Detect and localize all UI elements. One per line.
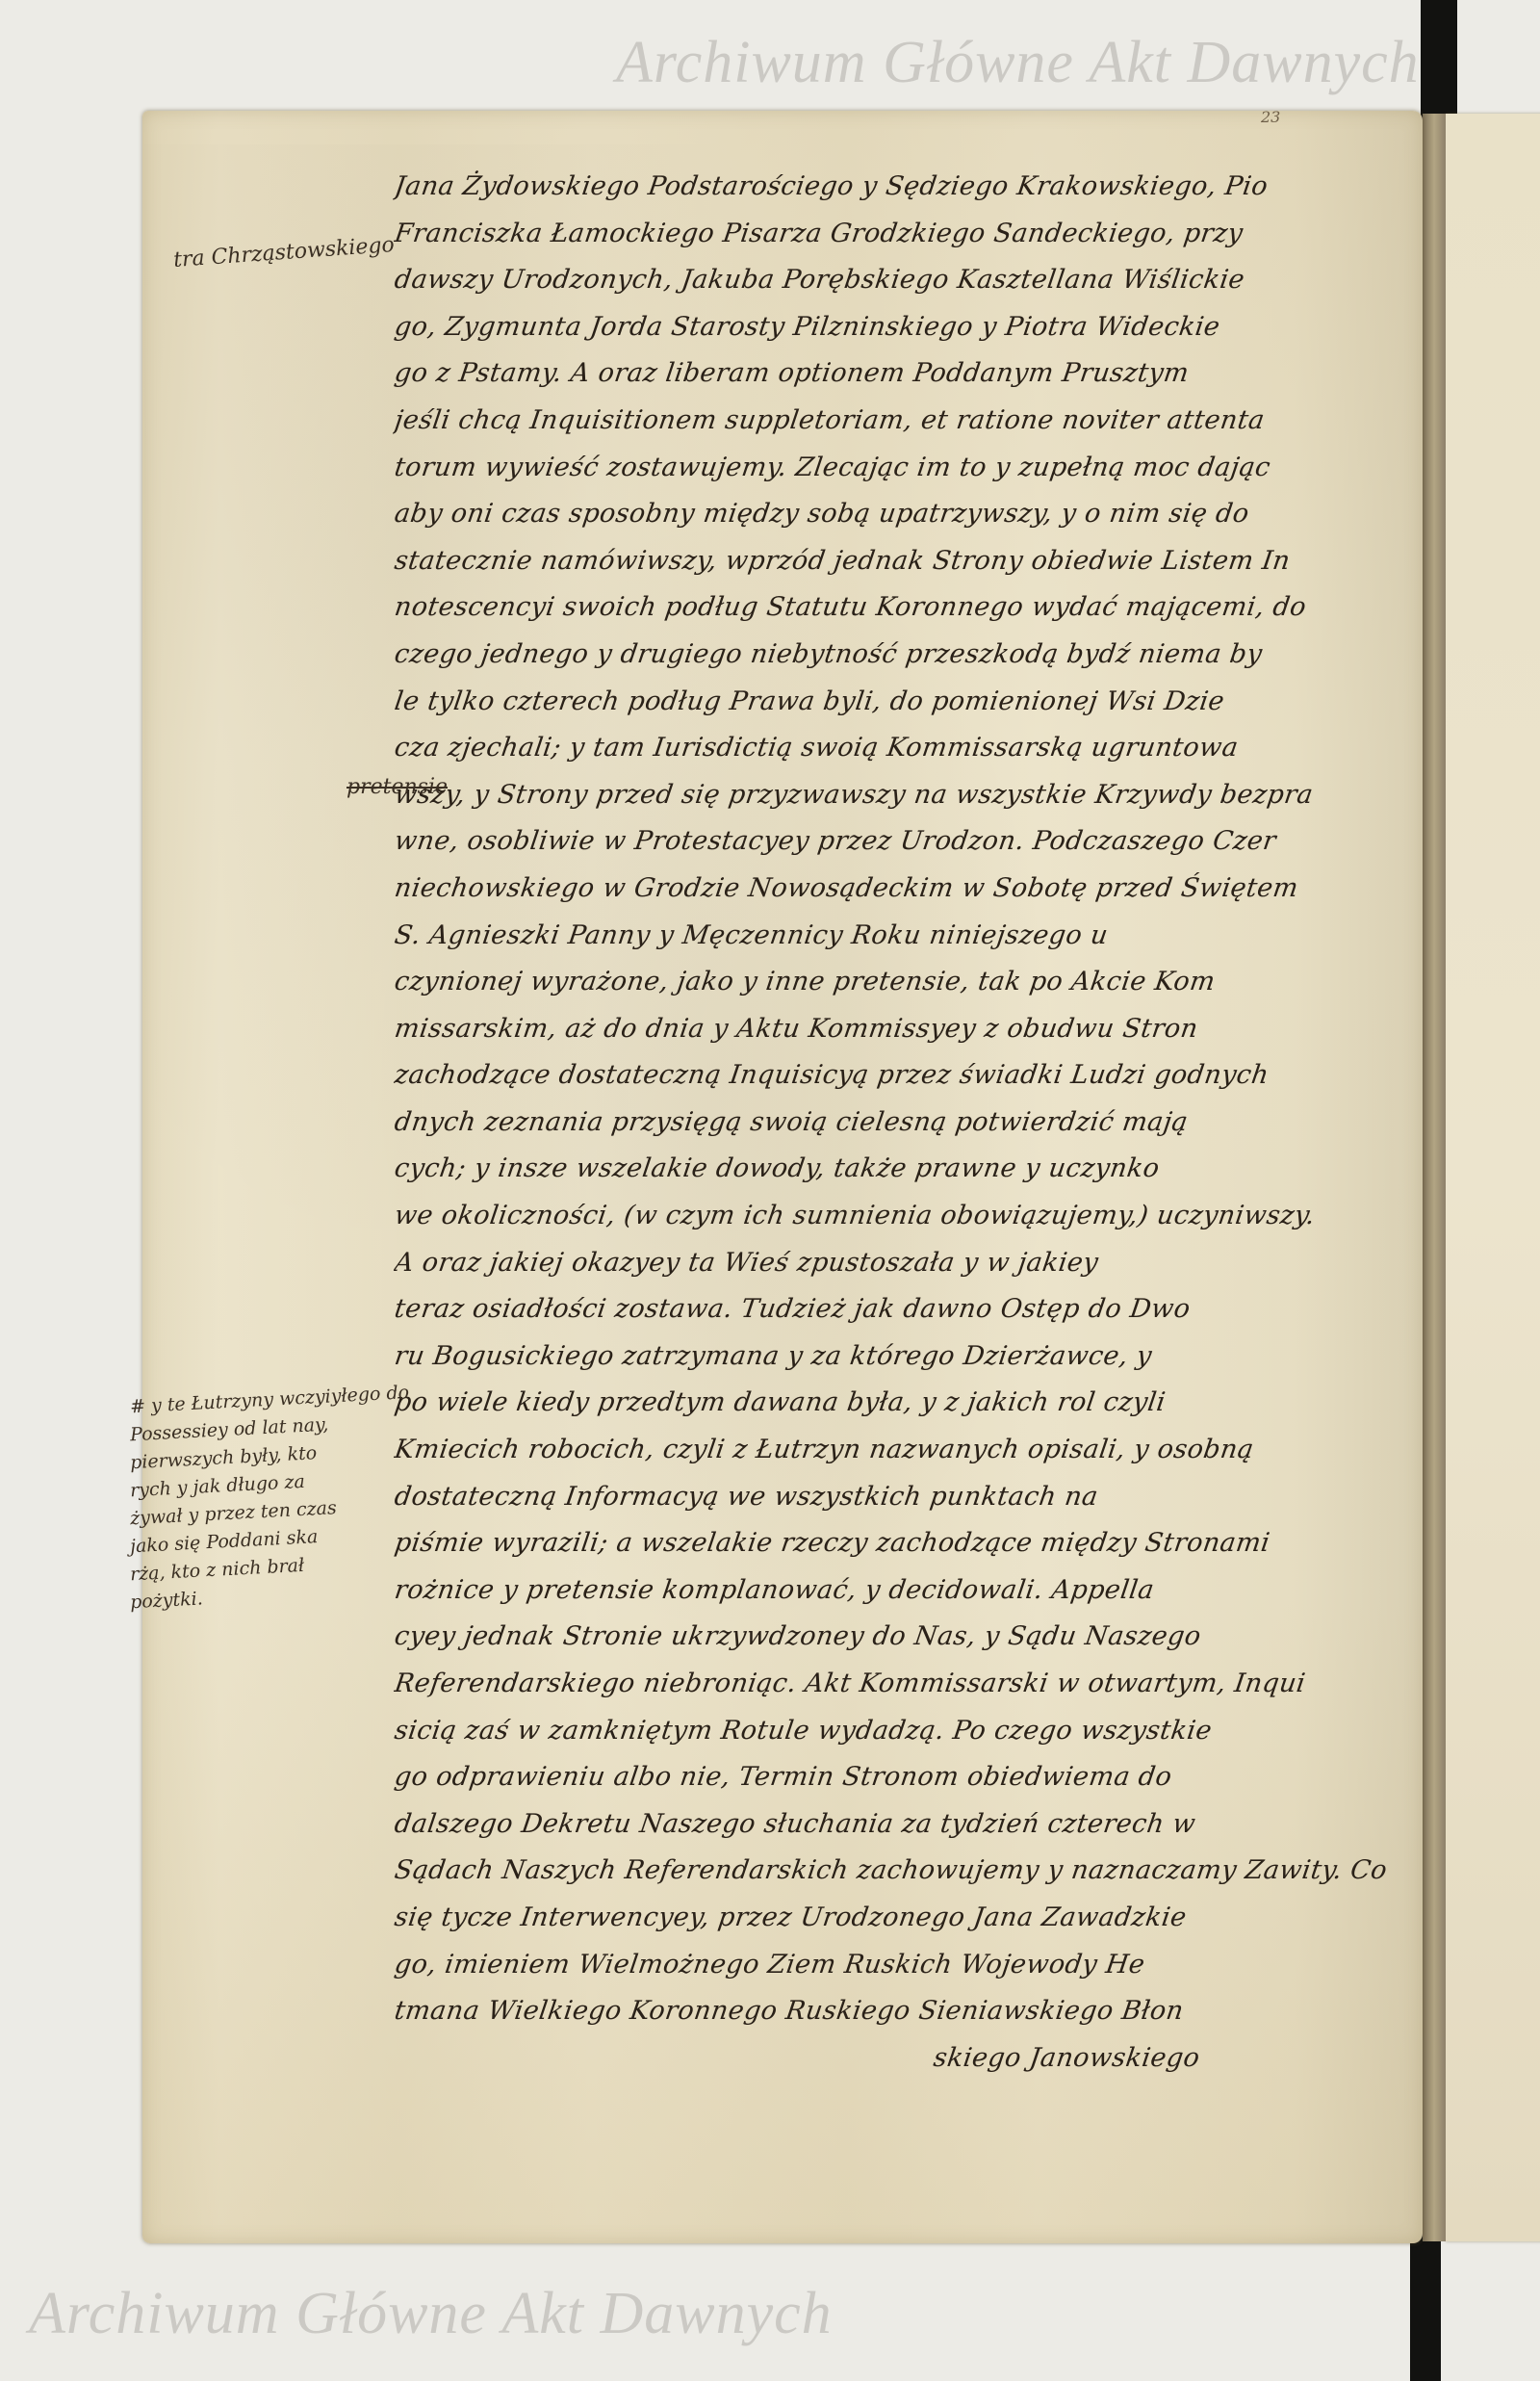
book-gutter [1423, 114, 1446, 2241]
text-line: cza zjechali; y tam Iurisdictią swoią Ko… [392, 725, 1428, 772]
text-line: czynionej wyrażone, jako y inne pretensi… [392, 959, 1428, 1006]
text-line: cyey jednak Stronie ukrzywdzoney do Nas,… [392, 1614, 1428, 1661]
text-line: Jana Żydowskiego Podstarościego y Sędzie… [392, 164, 1428, 211]
text-line: wne, osobliwie w Protestacyey przez Urod… [392, 818, 1428, 866]
text-line: jeśli chcą Inquisitionem suppletoriam, e… [392, 398, 1428, 445]
text-line: tmana Wielkiego Koronnego Ruskiego Sieni… [392, 1988, 1428, 2035]
text-line: czego jednego y drugiego niebytność prze… [392, 632, 1428, 679]
text-line: się tycze Interwencyey, przez Urodzonego… [392, 1895, 1428, 1942]
text-line: po wiele kiedy przedtym dawana była, y z… [392, 1380, 1428, 1427]
bookmark-ribbon-bottom [1410, 2234, 1441, 2381]
archive-watermark-top: Archiwum Główne Akt Dawnych [616, 29, 1420, 97]
text-line: sicią zaś w zamkniętym Rotule wydadzą. P… [392, 1708, 1428, 1755]
text-line: go z Pstamy. A oraz liberam optionem Pod… [392, 350, 1428, 398]
margin-note-struck: pretensie [346, 775, 448, 799]
text-line: S. Agnieszki Panny y Męczennicy Roku nin… [392, 913, 1428, 960]
text-line: dostateczną Informacyą we wszystkich pun… [392, 1474, 1428, 1521]
text-line: dnych zeznania przysięgą swoią cielesną … [392, 1100, 1428, 1147]
text-line: we okoliczności, (w czym ich sumnienia o… [392, 1193, 1428, 1240]
text-line: ru Bogusickiego zatrzymana y za którego … [392, 1333, 1428, 1381]
text-line: cych; y insze wszelakie dowody, także pr… [392, 1146, 1428, 1193]
archive-watermark-bottom: Archiwum Główne Akt Dawnych [29, 2280, 833, 2348]
bookmark-ribbon-top [1421, 0, 1457, 120]
text-line: le tylko czterech podług Prawa byli, do … [392, 679, 1428, 726]
text-line: teraz osiadłości zostawa. Tudzież jak da… [392, 1286, 1428, 1333]
text-line: Referendarskiego niebroniąc. Akt Kommiss… [392, 1661, 1428, 1708]
text-line: notescencyi swoich podług Statutu Koronn… [392, 584, 1428, 632]
text-line: dawszy Urodzonych, Jakuba Porębskiego Ka… [392, 257, 1428, 304]
text-line: rożnice y pretensie komplanować, y decid… [392, 1567, 1428, 1615]
text-line: zachodzące dostateczną Inquisicyą przez … [392, 1052, 1428, 1100]
text-line: Kmiecich robocich, czyli z Łutrzyn nazwa… [392, 1427, 1428, 1474]
text-line: A oraz jakiej okazyey ta Wieś zpustoszał… [392, 1240, 1428, 1287]
adjacent-page-edge [1446, 114, 1540, 2241]
text-line: go, imieniem Wielmożnego Ziem Ruskich Wo… [392, 1942, 1428, 1989]
text-line: statecznie namówiwszy, wprzód jednak Str… [392, 538, 1428, 585]
text-line: torum wywieść zostawujemy. Zlecając im t… [392, 445, 1428, 492]
text-line: Sądach Naszych Referendarskich zachowuje… [392, 1848, 1428, 1895]
text-line: go, Zygmunta Jorda Starosty Pilzninskieg… [392, 304, 1428, 351]
text-line: wszy, y Strony przed się przyzwawszy na … [392, 772, 1428, 819]
text-line: go odprawieniu albo nie, Termin Stronom … [392, 1754, 1428, 1801]
folio-number: 23 [1261, 108, 1280, 126]
text-line: dalszego Dekretu Naszego słuchania za ty… [392, 1801, 1428, 1849]
margin-annotation: # y te Łutrzyny wczyiyłego do Possessiey… [130, 1386, 399, 1610]
text-line: niechowskiego w Grodzie Nowosądeckim w S… [392, 866, 1428, 913]
text-line: missarskim, aż do dnia y Aktu Kommissyey… [392, 1006, 1428, 1053]
text-line: skiego Janowskiego [392, 2035, 1428, 2083]
manuscript-body: Jana Żydowskiego Podstarościego y Sędzie… [395, 164, 1424, 2082]
text-line: aby oni czas sposobny między sobą upatrz… [392, 491, 1428, 538]
text-line: Franciszka Łamockiego Pisarza Grodzkiego… [392, 211, 1428, 258]
text-line: piśmie wyrazili; a wszelakie rzeczy zach… [392, 1520, 1428, 1567]
